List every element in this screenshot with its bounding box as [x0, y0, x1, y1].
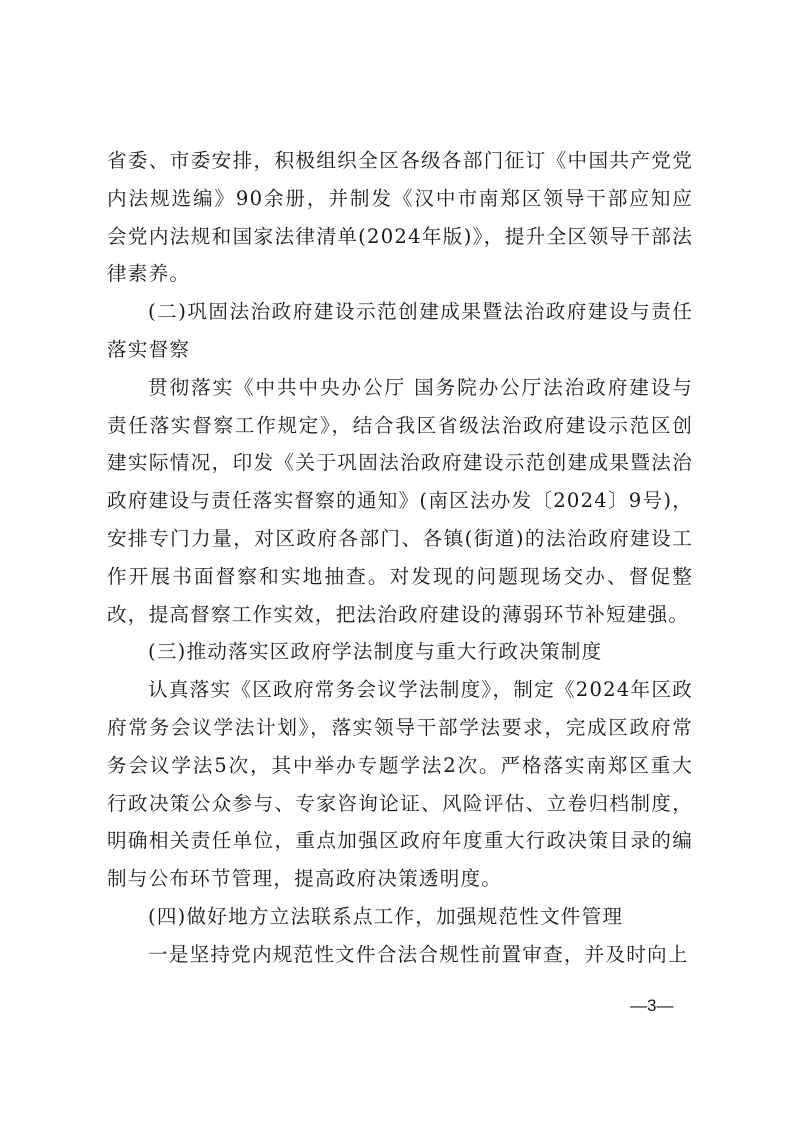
section-heading-2: (二)巩固法治政府建设示范创建成果暨法治政府建设与责任落实督察: [107, 293, 693, 369]
document-body: 省委、市委安排，积极组织全区各级各部门征订《中国共产党党内法规选编》90余册，并…: [107, 142, 693, 974]
paragraph-supervision: 贯彻落实《中共中央办公厅 国务院办公厅法治政府建设与责任落实督察工作规定》，结合…: [107, 369, 693, 634]
paragraph-continuation: 省委、市委安排，积极组织全区各级各部门征订《中国共产党党内法规选编》90余册，并…: [107, 142, 693, 293]
paragraph-study-system: 认真落实《区政府常务会议学法制度》，制定《2024年区政府常务会议学法计划》，落…: [107, 671, 693, 898]
section-heading-4: (四)做好地方立法联系点工作，加强规范性文件管理: [107, 898, 693, 936]
page-number: —3—: [630, 996, 673, 1016]
section-heading-3: (三)推动落实区政府学法制度与重大行政决策制度: [107, 633, 693, 671]
document-page: 省委、市委安排，积极组织全区各级各部门征订《中国共产党党内法规选编》90余册，并…: [0, 0, 792, 1121]
paragraph-normative-docs: 一是坚持党内规范性文件合法合规性前置审查，并及时向上: [107, 936, 693, 974]
